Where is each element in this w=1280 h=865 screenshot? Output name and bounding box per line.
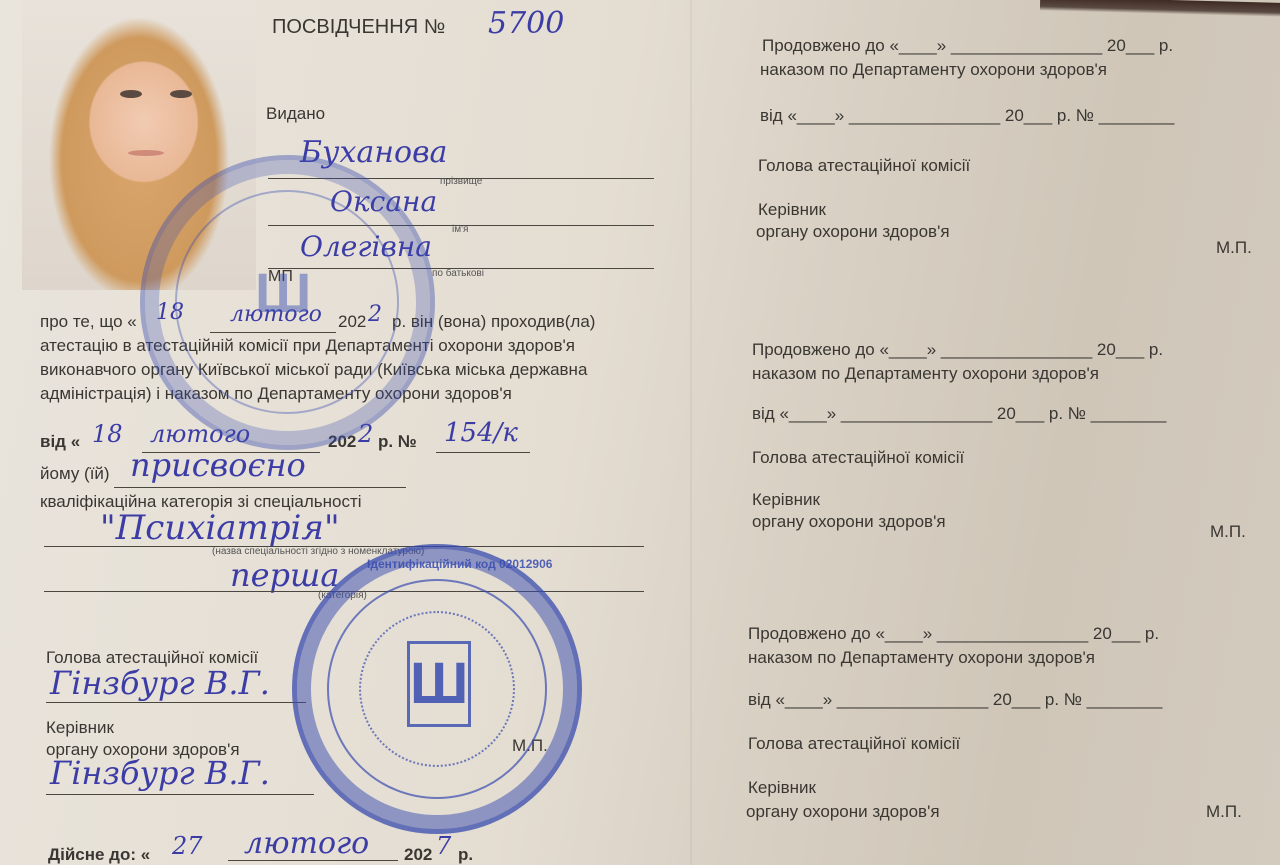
order-from-label: від « <box>40 432 80 452</box>
background-edge <box>1040 0 1280 17</box>
extension-1-manager-2: органу охорони здоров'я <box>756 222 950 242</box>
category-value: перша <box>230 556 339 594</box>
patronymic-caption: по батькові <box>432 268 484 279</box>
assigned-label: йому (їй) <box>40 464 110 484</box>
photo-mouth <box>128 150 164 156</box>
first-name-caption: ім'я <box>452 224 468 235</box>
tryzub-emblem-icon: Ш <box>407 641 471 727</box>
issued-label: Видано <box>266 104 325 124</box>
valid-year-suffix: 7 <box>436 832 451 860</box>
order-number-line <box>436 452 530 453</box>
extension-2-manager-1: Керівник <box>752 490 820 510</box>
extension-1-stamp-mark: М.П. <box>1216 238 1252 258</box>
assigned-value: присвоєно <box>130 446 306 484</box>
tryzub-emblem-icon: Ш <box>255 260 311 325</box>
page-fold <box>690 0 692 865</box>
extension-2-stamp-mark: М.П. <box>1210 522 1246 542</box>
extension-2-order: наказом по Департаменту охорони здоров'я <box>752 364 1099 384</box>
stamp-text: Ідентифікаційний код 02012906 <box>367 557 552 571</box>
valid-month-line <box>228 860 398 861</box>
assigned-line <box>114 487 406 488</box>
photo-eye-right <box>170 90 192 98</box>
extension-3-head: Голова атестаційної комісії <box>748 734 960 754</box>
extension-3-manager-1: Керівник <box>748 778 816 798</box>
order-number: 154/к <box>444 418 518 448</box>
commission-head-signature: Гінзбург В.Г. <box>50 664 270 702</box>
statement-prefix: про те, що « <box>40 312 137 332</box>
extension-3-from: від «____» ________________ 20___ р. № _… <box>748 690 1162 710</box>
extension-1-manager-1: Керівник <box>758 200 826 220</box>
order-day: 18 <box>92 420 123 448</box>
extension-3-stamp-mark: М.П. <box>1206 802 1242 822</box>
valid-month: лютого <box>244 826 369 861</box>
extension-2-extended: Продовжено до «____» ________________ 20… <box>752 340 1163 360</box>
extension-3-extended: Продовжено до «____» ________________ 20… <box>748 624 1159 644</box>
certificate-title: ПОСВІДЧЕННЯ № <box>272 16 445 39</box>
valid-year-label: р. <box>458 845 473 865</box>
valid-year-prefix: 202 <box>404 845 432 865</box>
certificate-number: 5700 <box>488 6 564 41</box>
extension-2-head: Голова атестаційної комісії <box>752 448 964 468</box>
photo-eye-left <box>120 90 142 98</box>
manager-line <box>46 794 314 795</box>
official-stamp-top: Ш <box>140 155 435 450</box>
specialty-value: "Психіатрія" <box>100 508 340 548</box>
valid-label: Дійсне до: « <box>48 845 150 865</box>
valid-day: 27 <box>172 832 203 860</box>
extension-1-from: від «____» ________________ 20___ р. № _… <box>760 106 1174 126</box>
extension-3-order: наказом по Департаменту охорони здоров'я <box>748 648 1095 668</box>
extension-1-head: Голова атестаційної комісії <box>758 156 970 176</box>
extension-3-manager-2: органу охорони здоров'я <box>746 802 940 822</box>
extension-1-order: наказом по Департаменту охорони здоров'я <box>760 60 1107 80</box>
manager-label-1: Керівник <box>46 718 114 738</box>
surname-caption: прізвище <box>440 176 482 187</box>
official-stamp-bottom: Ш Ідентифікаційний код 02012906 <box>292 544 582 834</box>
manager-signature: Гінзбург В.Г. <box>50 754 270 792</box>
commission-head-line <box>46 702 306 703</box>
order-year-label: р. № <box>378 432 417 452</box>
extension-1-extended: Продовжено до «____» ________________ 20… <box>762 36 1173 56</box>
extension-2-from: від «____» ________________ 20___ р. № _… <box>752 404 1166 424</box>
extension-2-manager-2: органу охорони здоров'я <box>752 512 946 532</box>
